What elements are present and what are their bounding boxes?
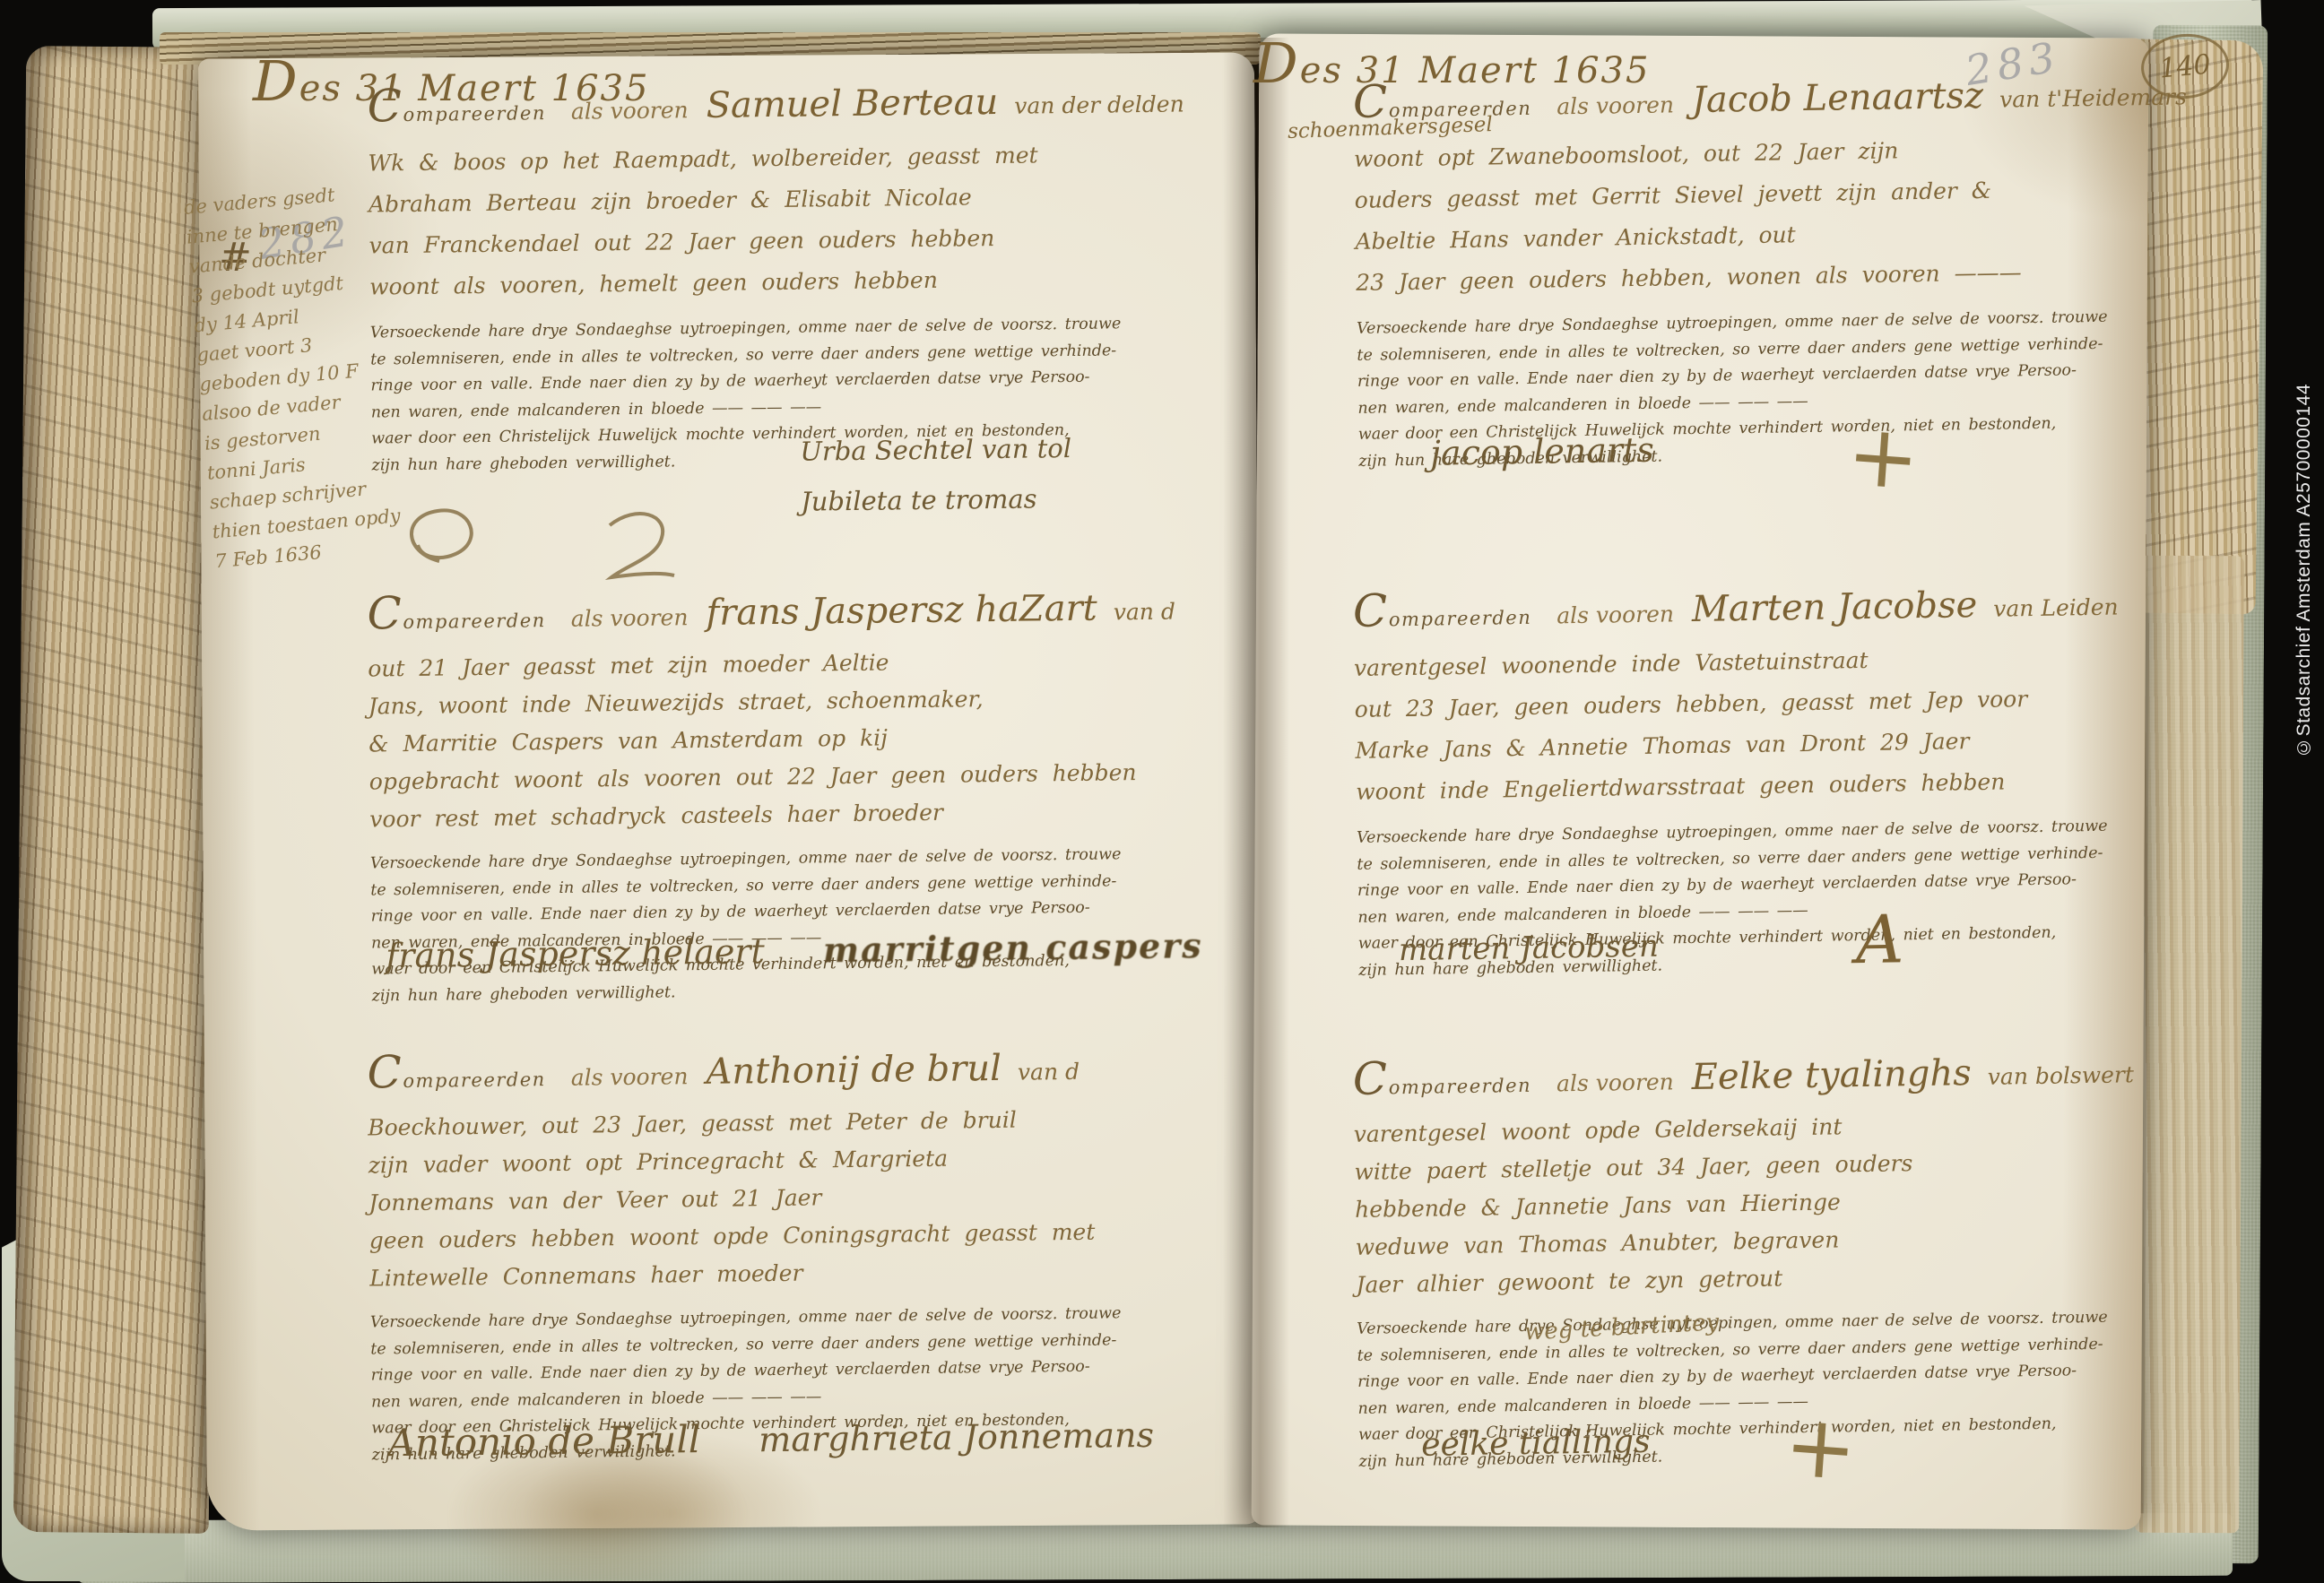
entry-opening: Compareerdenals voorenEelke tyalinghsvan… xyxy=(1352,1041,2142,1105)
als-vooren: als vooren xyxy=(571,604,689,632)
signature: marghrieta Jonnemans xyxy=(759,1415,1154,1459)
banns-entry: Compareerdenals voorenMarten Jacobsevan … xyxy=(1353,573,2148,984)
origin-place: van t'Heidemars xyxy=(1999,83,2187,112)
entry-opening: Compareerdenals voorenfrans Jaspersz haZ… xyxy=(367,577,1179,639)
groom-name: Eelke tyalinghs xyxy=(1691,1052,1972,1098)
groom-name: Samuel Berteau xyxy=(706,82,998,126)
signature: jacop lenarts xyxy=(1430,430,1654,473)
groom-name: Marten Jacobse xyxy=(1692,584,1978,630)
gutter-shadow xyxy=(1223,38,1289,1527)
origin-place: van bolswert xyxy=(1988,1061,2135,1090)
signatures: marten Jacobsen xyxy=(1399,928,1713,968)
entry-opening: Compareerdenals voorenJacob Lenaartszvan… xyxy=(1353,64,2143,128)
als-vooren: als vooren xyxy=(571,97,689,125)
signatures: Urba Sechtel van tol Jubileta te tromas xyxy=(800,423,1072,527)
copyright-watermark: ©Stadsarchief Amsterdam A25700000144 xyxy=(2294,384,2315,757)
signature: marten Jacobsen xyxy=(1399,929,1659,969)
opening-word: Compareerden xyxy=(1353,74,1532,128)
groom-name: Anthonij de brul xyxy=(706,1048,1002,1093)
bride-initial-mark: A xyxy=(1855,901,1904,979)
opening-word: Compareerden xyxy=(367,78,546,132)
signature: Urba Sechtel van tol xyxy=(800,423,1071,477)
banns-entry: Compareerdenals voorenEelke tyalinghsvan… xyxy=(1352,1041,2147,1475)
ink-flourish xyxy=(386,498,744,597)
signatures: jacop lenarts xyxy=(1430,429,1708,473)
page-edges-right-lower xyxy=(2135,556,2244,1534)
origin-place: van d xyxy=(1018,1059,1080,1086)
signature: eelke tiallings xyxy=(1421,1423,1651,1464)
origin-place: van der delden xyxy=(1014,91,1184,118)
bride-cross-mark: + xyxy=(1843,404,1922,509)
banns-entry: Compareerdenals voorenAnthonij de brulva… xyxy=(367,1036,1184,1468)
banns-formula: Versoeckende hare drye Sondaeghse uytroe… xyxy=(370,841,1184,1009)
groom-name: Jacob Lenaartsz xyxy=(1692,75,1984,121)
entry-opening: Compareerdenals voorenMarten Jacobsevan … xyxy=(1353,573,2143,637)
opening-word: Compareerden xyxy=(1353,583,1532,637)
als-vooren: als vooren xyxy=(1557,601,1674,628)
bride-cross-mark: + xyxy=(1781,1395,1860,1500)
groom-name: frans Jaspersz haZart xyxy=(706,588,1097,634)
als-vooren: als vooren xyxy=(1557,1068,1674,1096)
signature: frans Jaspersz helaert xyxy=(386,931,765,975)
opening-word: Compareerden xyxy=(1352,1051,1531,1105)
als-vooren: als vooren xyxy=(571,1063,689,1091)
signature: marritgen caspers xyxy=(823,925,1203,970)
signature: Jubileta te tromas xyxy=(801,473,1072,527)
als-vooren: als vooren xyxy=(1557,91,1674,119)
banns-entry: Compareerdenals voorenfrans Jaspersz haZ… xyxy=(367,577,1184,1009)
entry-opening: Compareerdenals voorenAnthonij de brulva… xyxy=(367,1036,1179,1098)
signature: Antonio de Brull xyxy=(387,1417,700,1465)
entry-opening: Compareerdenals voorenSamuel Berteauvan … xyxy=(367,70,1179,132)
entry-body-line: woont als vooren, hemelt geen ouders heb… xyxy=(369,256,1181,307)
origin-place: van Leiden xyxy=(1993,594,2119,622)
archival-book-photo: Des 31 Maert 1635 # 282 de vaders gsedt … xyxy=(0,0,2324,1583)
signatures: eelke tiallings xyxy=(1421,1423,1704,1464)
banns-entry: Compareerdenals voorenJacob Lenaartszvan… xyxy=(1353,64,2148,475)
banns-entry: Compareerdenals voorenSamuel Berteauvan … xyxy=(367,70,1183,479)
opening-word: Compareerden xyxy=(367,585,546,639)
origin-place: van d xyxy=(1114,599,1175,626)
opening-word: Compareerden xyxy=(367,1044,546,1098)
